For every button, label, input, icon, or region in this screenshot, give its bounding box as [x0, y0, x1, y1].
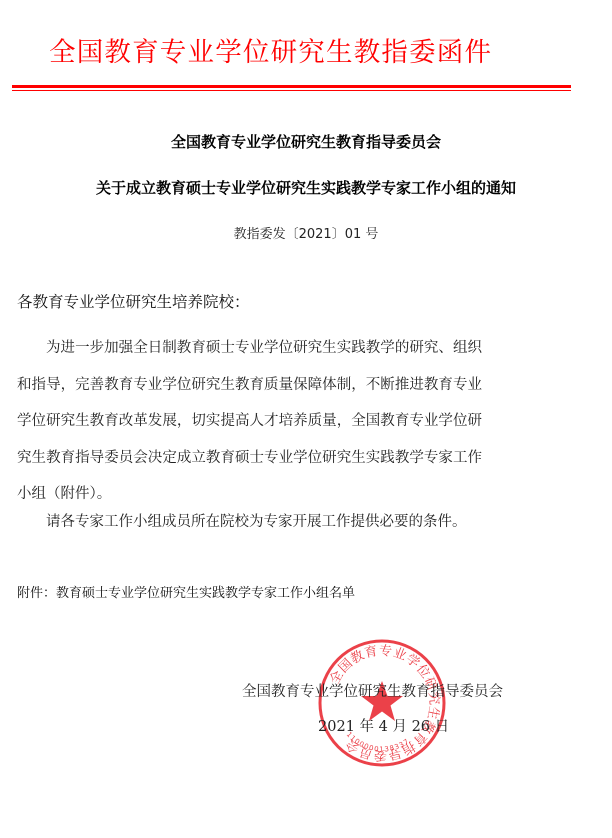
- body-paragraph-2: 请各专家工作小组成员所在院校为专家开展工作提供必要的条件。: [46, 510, 467, 531]
- attachment-note: 附件：教育硕士专业学位研究生实践教学专家工作小组名单: [17, 582, 355, 601]
- signature-date: 2021 年 4 月 26 日: [318, 715, 449, 736]
- letterhead-divider-thick: [12, 85, 571, 88]
- document-number: 教指委发〔2021〕01 号: [0, 223, 612, 242]
- official-seal: 全国教育专业学位研究生教育指导委员会 1100000138337: [316, 637, 448, 769]
- salutation: 各教育专业学位研究生培养院校：: [17, 290, 250, 312]
- signer-name: 全国教育专业学位研究生教育指导委员会: [242, 680, 503, 701]
- letterhead-divider-thin: [12, 90, 571, 91]
- notice-title: 关于成立教育硕士专业学位研究生实践教学专家工作小组的通知: [0, 177, 612, 198]
- org-title: 全国教育专业学位研究生教育指导委员会: [0, 131, 612, 152]
- letterhead-title: 全国教育专业学位研究生教指委函件: [49, 30, 492, 69]
- body-paragraph-1: 为进一步加强全日制教育硕士专业学位研究生实践教学的研究、组织和指导，完善教育专业…: [17, 330, 482, 513]
- seal-icon: 全国教育专业学位研究生教育指导委员会 1100000138337: [316, 637, 448, 769]
